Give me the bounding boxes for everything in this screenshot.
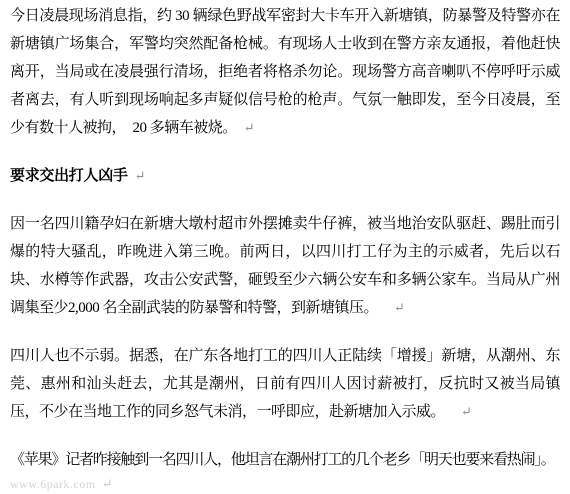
document-page: { "colors": { "background": "#ffffff", "… <box>0 0 570 494</box>
paragraph-mark-icon: ↵ <box>394 300 405 315</box>
news-paragraph-1: 今日凌晨现场消息指，约 30 辆绿色野战军密封大卡车开入新塘镇，防暴警及特警亦在… <box>10 2 560 142</box>
site-watermark-text: www.6park.com <box>10 477 96 491</box>
news-paragraph-4-text: 《苹果》记者昨接触到一名四川人，他坦言在潮州打工的几个老乡「明天也要来看热闹」。 <box>10 452 555 468</box>
paragraph-mark-icon: ↵ <box>461 404 472 419</box>
section-heading-text: 要求交出打人凶手 <box>10 168 128 184</box>
paragraph-mark-icon: ↵ <box>102 476 113 491</box>
paragraph-mark-icon: ↵ <box>244 120 255 135</box>
news-paragraph-3-text: 四川人也不示弱。据悉，在广东各地打工的四川人正陆续「增援」新塘，从潮州、东莞、惠… <box>10 348 560 420</box>
news-paragraph-2: 因一名四川籍孕妇在新塘大墩村超市外摆摊卖牛仔裤，被当地治安队驱赶、踢肚而引爆的特… <box>10 210 560 322</box>
news-paragraph-4: 《苹果》记者昨接触到一名四川人，他坦言在潮州打工的几个老乡「明天也要来看热闹」。 <box>10 446 560 474</box>
news-paragraph-2-text: 因一名四川籍孕妇在新塘大墩村超市外摆摊卖牛仔裤，被当地治安队驱赶、踢肚而引爆的特… <box>10 216 560 316</box>
site-watermark: www.6park.com↵ <box>10 474 560 494</box>
news-paragraph-1-text: 今日凌晨现场消息指，约 30 辆绿色野战军密封大卡车开入新塘镇，防暴警及特警亦在… <box>10 8 560 136</box>
news-article: 今日凌晨现场消息指，约 30 辆绿色野战军密封大卡车开入新塘镇，防暴警及特警亦在… <box>0 0 570 494</box>
paragraph-mark-icon: ↵ <box>135 168 146 183</box>
section-heading: 要求交出打人凶手↵ <box>10 162 560 190</box>
news-paragraph-3: 四川人也不示弱。据悉，在广东各地打工的四川人正陆续「增援」新塘，从潮州、东莞、惠… <box>10 342 560 426</box>
